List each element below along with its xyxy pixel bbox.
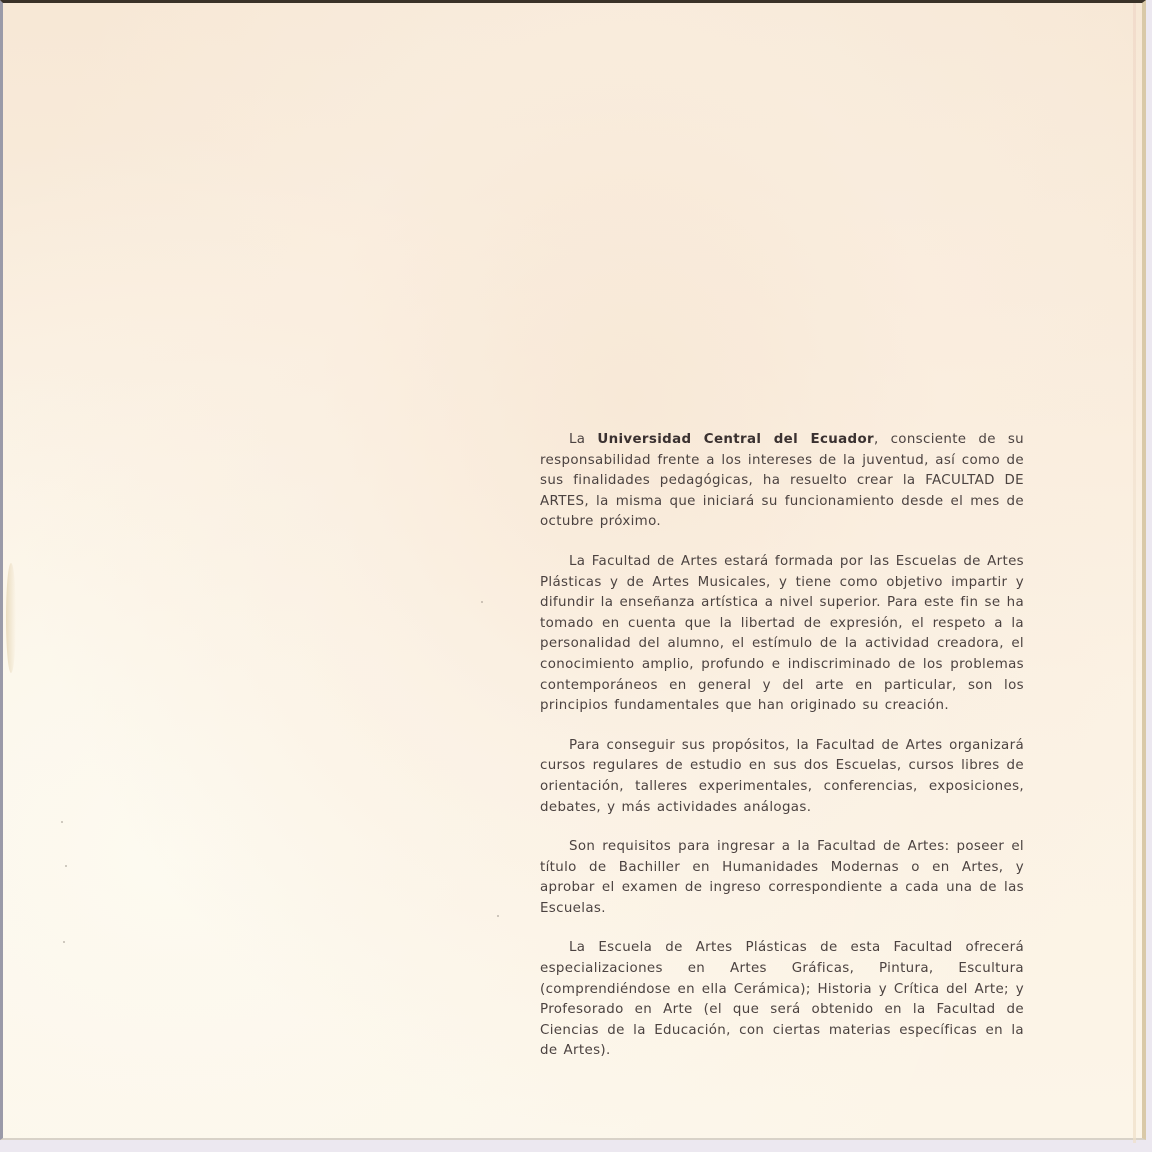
paragraph-requirements: Son requisitos para ingresar a la Facult… — [540, 837, 1024, 919]
paper-crease — [6, 563, 16, 673]
page-edge — [1133, 3, 1136, 1143]
paper-speck — [481, 601, 483, 603]
university-name: Universidad Central del Ecuador — [597, 432, 874, 447]
paragraph-specializations: La Escuela de Artes Plásticas de esta Fa… — [540, 938, 1024, 1062]
paragraph-objectives: La Facultad de Artes estará formada por … — [540, 552, 1024, 717]
document-page: La Universidad Central del Ecuador, cons… — [0, 0, 1146, 1140]
paragraph-intro: La Universidad Central del Ecuador, cons… — [540, 430, 1024, 533]
paper-speck — [65, 865, 67, 867]
paragraph-lead: La — [569, 432, 597, 447]
paper-speck — [63, 941, 65, 943]
paragraph-activities: Para conseguir sus propósitos, la Facult… — [540, 736, 1024, 818]
paper-speck — [497, 915, 499, 917]
body-text: La Universidad Central del Ecuador, cons… — [540, 430, 1024, 1081]
paper-speck — [61, 821, 63, 823]
